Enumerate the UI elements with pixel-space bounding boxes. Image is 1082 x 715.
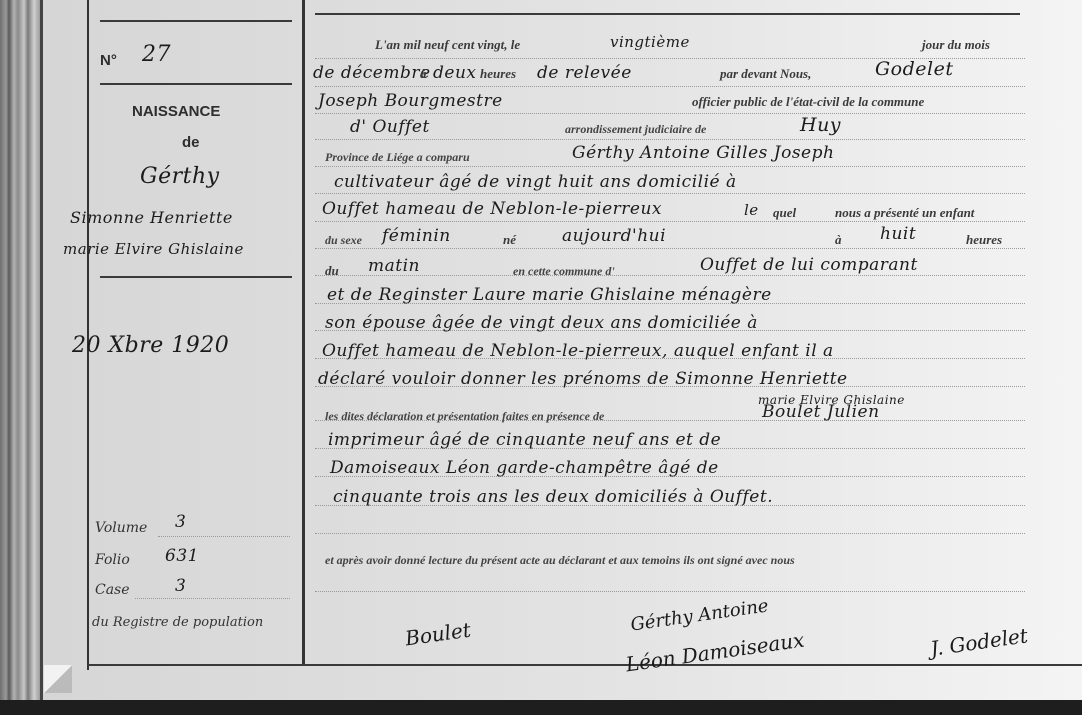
printed-closing: et après avoir donné lecture du présent …	[325, 553, 795, 568]
hand-officer-title: Joseph Bourgmestre	[318, 91, 503, 111]
names-rule	[100, 276, 292, 278]
margin-top-rule	[100, 20, 292, 22]
hand-mother: et de Reginster Laure marie Ghislaine mé…	[327, 285, 772, 305]
printed-du: du	[325, 263, 339, 279]
body-top-rule	[315, 13, 1020, 15]
hand-officer-name: Godelet	[875, 58, 953, 80]
printed-presence: les dites déclaration et présentation fa…	[325, 409, 604, 424]
printed-heures2: heures	[966, 232, 1002, 248]
page-bottom-rule	[88, 664, 1082, 666]
line-dots	[315, 113, 1025, 114]
line-dots	[315, 248, 1025, 249]
hand-birth-hour: huit	[880, 224, 916, 244]
printed-a: à	[420, 66, 427, 82]
margin-given-names-1: Simonne Henriette	[70, 208, 233, 227]
number-rule	[100, 83, 292, 85]
line-dots	[315, 275, 1025, 276]
book-spine	[0, 0, 44, 715]
hand-birth-place: Ouffet de lui comparant	[700, 255, 918, 275]
hand-declarant-occupation: cultivateur âgé de vingt huit ans domici…	[334, 172, 737, 192]
printed-heures: heures	[480, 66, 516, 82]
printed-par-devant: par devant Nous,	[720, 66, 811, 82]
line-dots	[315, 533, 1025, 534]
hand-declarant-residence: Ouffet hameau de Neblon-le-pierreux	[322, 199, 662, 219]
hand-matin: matin	[368, 256, 420, 276]
margin-surname: Gérthy	[140, 164, 220, 189]
printed-jour: jour du mois	[922, 37, 990, 53]
hand-declarant: Gérthy Antoine Gilles Joseph	[572, 143, 834, 163]
printed-province: Province de Liége a comparu	[325, 150, 470, 165]
printed-ne: né	[503, 232, 516, 248]
line-dots	[315, 166, 1025, 167]
page-corner-fold	[44, 665, 72, 693]
margin-divider	[302, 0, 305, 665]
printed-officier: officier public de l'état-civil de la co…	[692, 94, 924, 110]
hand-le: le	[744, 201, 759, 219]
volume-dots	[158, 536, 290, 537]
case-label: Case	[95, 582, 130, 598]
hand-day: vingtième	[610, 33, 690, 51]
hand-mother-residence: Ouffet hameau de Neblon-le-pierreux, auq…	[322, 341, 834, 361]
hand-witness1: Boulet Julien	[762, 402, 880, 422]
case-dots	[135, 598, 290, 599]
hand-commune: d' Ouffet	[350, 117, 430, 137]
number-label: N°	[100, 52, 117, 69]
record-type-title: NAISSANCE	[132, 103, 220, 120]
act-number: 27	[142, 42, 171, 67]
printed-quel: quel	[773, 205, 796, 221]
printed-arrondissement: arrondissement judiciaire de	[565, 122, 706, 137]
hand-declaration-names: déclaré vouloir donner les prénoms de Si…	[318, 369, 848, 389]
folio-value: 631	[165, 546, 199, 566]
hand-month: de décembre	[313, 63, 431, 83]
line-dots	[315, 193, 1025, 194]
hand-hour: deux	[433, 63, 476, 83]
printed-sexe: du sexe	[325, 233, 362, 248]
hand-witness2: Damoiseaux Léon garde-champêtre âgé de	[330, 458, 719, 478]
printed-cette-commune: en cette commune d'	[513, 264, 615, 279]
printed-a2: à	[835, 232, 842, 248]
margin-date: 20 Xbre 1920	[72, 333, 229, 358]
record-type-de: de	[182, 134, 200, 151]
hand-witness2-details: cinquante trois ans les deux domiciliés …	[333, 487, 773, 507]
page-edge	[40, 0, 43, 700]
volume-value: 3	[175, 512, 186, 532]
case-value: 3	[175, 576, 186, 596]
bottom-shadow	[0, 700, 1082, 715]
volume-label: Volume	[95, 520, 147, 536]
line-dots	[315, 221, 1025, 222]
printed-presente: nous a présenté un enfant	[835, 205, 974, 221]
hand-sex: féminin	[382, 226, 451, 246]
line-dots	[315, 139, 1025, 140]
printed-year: L'an mil neuf cent vingt, le	[375, 37, 520, 53]
folio-label: Folio	[95, 552, 130, 568]
margin-given-names-2: marie Elvire Ghislaine	[63, 240, 244, 258]
hand-birth-day: aujourd'hui	[562, 226, 666, 246]
registre-label: du Registre de population	[92, 615, 263, 630]
hand-witness1-details: imprimeur âgé de cinquante neuf ans et d…	[328, 430, 721, 450]
line-dots	[315, 86, 1025, 87]
hand-arrondissement: Huy	[800, 114, 841, 136]
hand-mother-age: son épouse âgée de vingt deux ans domici…	[325, 313, 758, 333]
line-dots	[315, 591, 1025, 592]
hand-releve: de relevée	[537, 63, 632, 83]
